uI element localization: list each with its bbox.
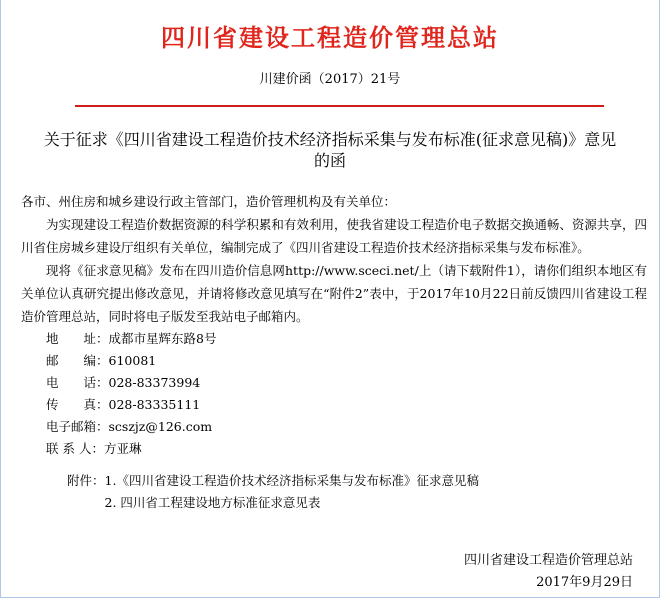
contact-value: 方亚琳: [104, 441, 142, 456]
contact-label: 邮 编：: [46, 353, 109, 368]
document-body: 各市、州住房和城乡建设行政主管部门，造价管理机构及有关单位： 为实现建设工程造价…: [1, 191, 659, 594]
signature-block: 四川省建设工程造价管理总站 2017年9月29日: [21, 550, 647, 594]
body-paragraph: 为实现建设工程造价数据资源的科学积累和有效利用，使我省建设工程造价电子数据交换通…: [21, 213, 647, 259]
attachments-block: 附件：1.《四川省建设工程造价技术经济指标采集与发布标准》征求意见稿 2. 四川…: [21, 470, 647, 514]
attachments-label: 附件：: [67, 473, 105, 488]
contact-row-contact-person: 联 系 人：方亚琳: [46, 438, 647, 460]
contact-row-fax: 传 真：028-83335111: [46, 394, 647, 416]
contact-row-postcode: 邮 编：610081: [46, 350, 647, 372]
contact-row-phone: 电 话：028-83373994: [46, 372, 647, 394]
signature-org: 四川省建设工程造价管理总站: [21, 550, 633, 572]
contact-value: scszjz@126.com: [109, 419, 213, 434]
contact-label: 电 话：: [46, 375, 109, 390]
contact-label: 联 系 人：: [46, 441, 104, 456]
attachment-item: 2. 四川省工程建设地方标准征求意见表: [67, 492, 647, 514]
contact-label: 传 真：: [46, 397, 109, 412]
signature-date: 2017年9月29日: [21, 572, 633, 594]
letterhead-org-title: 四川省建设工程造价管理总站: [1, 22, 659, 54]
official-letter-page: 四川省建设工程造价管理总站 川建价函（2017）21号 关于征求《四川省建设工程…: [0, 0, 660, 598]
body-paragraph: 现将《征求意见稿》发布在四川造价信息网http://www.sceci.net/…: [21, 259, 647, 328]
contact-row-address: 地 址：成都市星辉东路8号: [46, 328, 647, 350]
salutation: 各市、州住房和城乡建设行政主管部门，造价管理机构及有关单位：: [21, 191, 647, 213]
attachment-item: 附件：1.《四川省建设工程造价技术经济指标采集与发布标准》征求意见稿: [67, 470, 647, 492]
contact-value: 028-83373994: [109, 375, 201, 390]
document-title: 关于征求《四川省建设工程造价技术经济指标采集与发布标准(征求意见稿)》意见的函: [38, 129, 622, 171]
contact-value: 610081: [109, 353, 157, 368]
contact-value: 成都市星辉东路8号: [109, 331, 217, 346]
attachment-title: 1.《四川省建设工程造价技术经济指标采集与发布标准》征求意见稿: [105, 473, 479, 488]
contact-info-block: 地 址：成都市星辉东路8号 邮 编：610081 电 话：028-8337399…: [21, 328, 647, 460]
contact-value: 028-83335111: [109, 397, 201, 412]
red-divider-line: [75, 105, 604, 107]
contact-label: 地 址：: [46, 331, 109, 346]
document-number: 川建价函（2017）21号: [1, 71, 659, 89]
contact-row-email: 电子邮箱：scszjz@126.com: [46, 416, 647, 438]
contact-label: 电子邮箱：: [46, 419, 109, 434]
attachment-title: 2. 四川省工程建设地方标准征求意见表: [105, 495, 321, 510]
